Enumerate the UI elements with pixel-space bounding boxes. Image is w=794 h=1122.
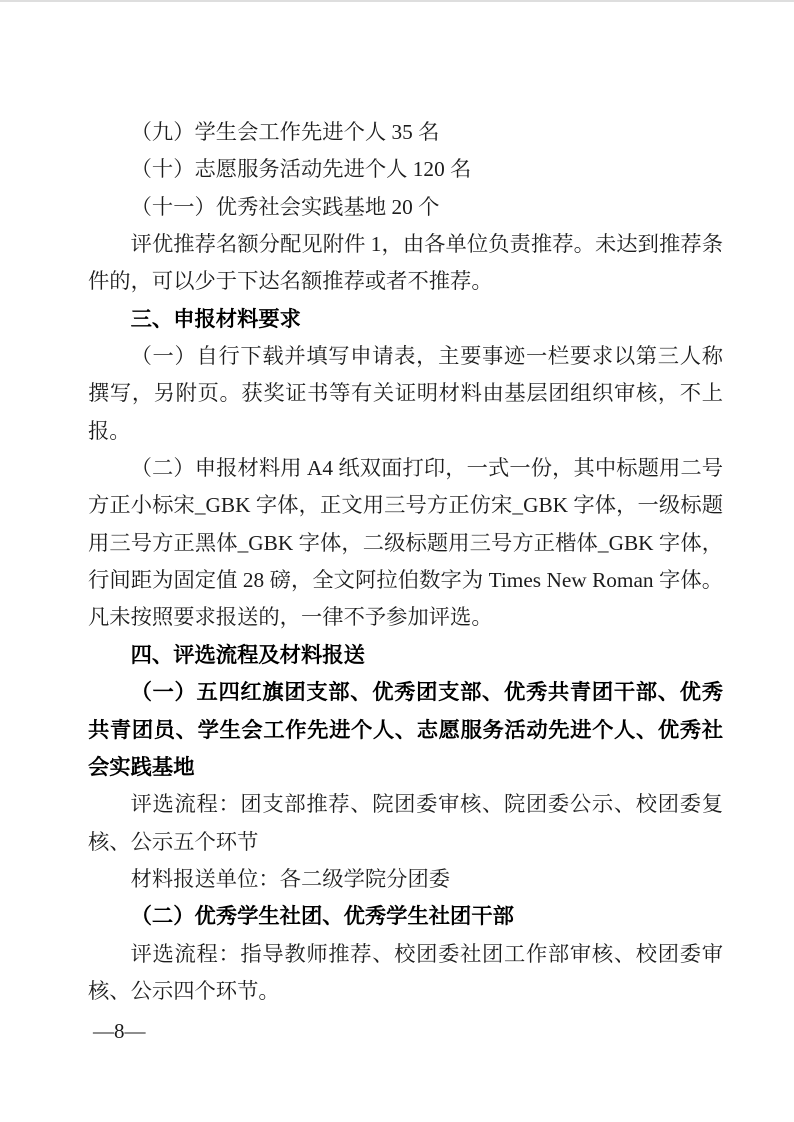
- sub-heading: （一）五四红旗团支部、优秀团支部、优秀共青团干部、优秀共青团员、学生会工作先进个…: [88, 674, 723, 786]
- body-paragraph: 评选流程：指导教师推荐、校团委社团工作部审核、校团委审核、公示四个环节。: [88, 936, 723, 1011]
- document-body: （九）学生会工作先进个人 35 名（十）志愿服务活动先进个人 120 名（十一）…: [88, 114, 723, 1010]
- body-paragraph: （十）志愿服务活动先进个人 120 名: [88, 151, 723, 188]
- page-number: —8—: [93, 1017, 146, 1045]
- body-paragraph: （九）学生会工作先进个人 35 名: [88, 114, 723, 151]
- body-paragraph: 评选流程：团支部推荐、院团委审核、院团委公示、校团委复核、公示五个环节: [88, 786, 723, 861]
- body-paragraph: 材料报送单位：各二级学院分团委: [88, 861, 723, 898]
- section-heading: 三、申报材料要求: [88, 301, 723, 338]
- body-paragraph: 评优推荐名额分配见附件 1，由各单位负责推荐。未达到推荐条件的，可以少于下达名额…: [88, 226, 723, 301]
- section-heading: 四、评选流程及材料报送: [88, 637, 723, 674]
- body-paragraph: （十一）优秀社会实践基地 20 个: [88, 189, 723, 226]
- body-paragraph: （二）申报材料用 A4 纸双面打印，一式一份，其中标题用二号方正小标宋_GBK …: [88, 450, 723, 637]
- sub-heading: （二）优秀学生社团、优秀学生社团干部: [88, 898, 723, 935]
- document-page: （九）学生会工作先进个人 35 名（十）志愿服务活动先进个人 120 名（十一）…: [0, 0, 794, 1122]
- body-paragraph: （一）自行下载并填写申请表，主要事迹一栏要求以第三人称撰写，另附页。获奖证书等有…: [88, 338, 723, 450]
